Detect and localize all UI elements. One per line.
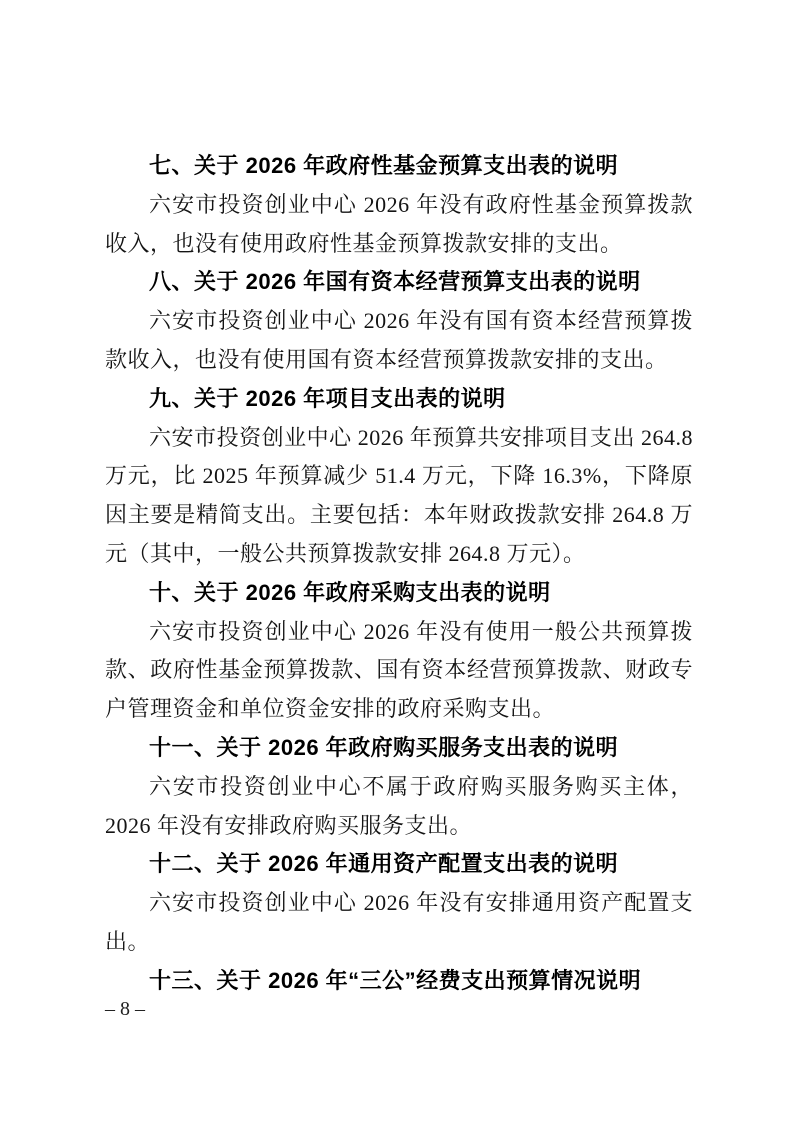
section-11-heading: 十一、关于 2026 年政府购买服务支出表的说明 [105,729,693,768]
section-7: 七、关于 2026 年政府性基金预算支出表的说明 六安市投资创业中心 2026 … [105,147,693,263]
section-10: 十、关于 2026 年政府采购支出表的说明 六安市投资创业中心 2026 年没有… [105,574,693,729]
section-11: 十一、关于 2026 年政府购买服务支出表的说明 六安市投资创业中心不属于政府购… [105,729,693,845]
section-7-heading: 七、关于 2026 年政府性基金预算支出表的说明 [105,147,693,186]
section-10-heading: 十、关于 2026 年政府采购支出表的说明 [105,574,693,613]
section-9-paragraph: 六安市投资创业中心 2026 年预算共安排项目支出 264.8 万元，比 202… [105,419,693,574]
section-9: 九、关于 2026 年项目支出表的说明 六安市投资创业中心 2026 年预算共安… [105,380,693,574]
section-8-heading: 八、关于 2026 年国有资本经营预算支出表的说明 [105,263,693,302]
section-7-paragraph: 六安市投资创业中心 2026 年没有政府性基金预算拨款收入，也没有使用政府性基金… [105,186,693,264]
section-9-heading: 九、关于 2026 年项目支出表的说明 [105,380,693,419]
document-page: 七、关于 2026 年政府性基金预算支出表的说明 六安市投资创业中心 2026 … [0,0,793,1122]
section-13-heading: 十三、关于 2026 年“三公”经费支出预算情况说明 [105,962,693,1001]
section-12: 十二、关于 2026 年通用资产配置支出表的说明 六安市投资创业中心 2026 … [105,845,693,961]
page-number: – 8 – [105,996,145,1022]
section-12-paragraph: 六安市投资创业中心 2026 年没有安排通用资产配置支出。 [105,884,693,962]
section-10-paragraph: 六安市投资创业中心 2026 年没有使用一般公共预算拨款、政府性基金预算拨款、国… [105,613,693,729]
section-12-heading: 十二、关于 2026 年通用资产配置支出表的说明 [105,845,693,884]
section-11-paragraph: 六安市投资创业中心不属于政府购买服务购买主体，2026 年没有安排政府购买服务支… [105,768,693,846]
document-body: 七、关于 2026 年政府性基金预算支出表的说明 六安市投资创业中心 2026 … [105,147,693,1001]
section-13: 十三、关于 2026 年“三公”经费支出预算情况说明 [105,962,693,1001]
section-8-paragraph: 六安市投资创业中心 2026 年没有国有资本经营预算拨款收入，也没有使用国有资本… [105,302,693,380]
section-8: 八、关于 2026 年国有资本经营预算支出表的说明 六安市投资创业中心 2026… [105,263,693,379]
